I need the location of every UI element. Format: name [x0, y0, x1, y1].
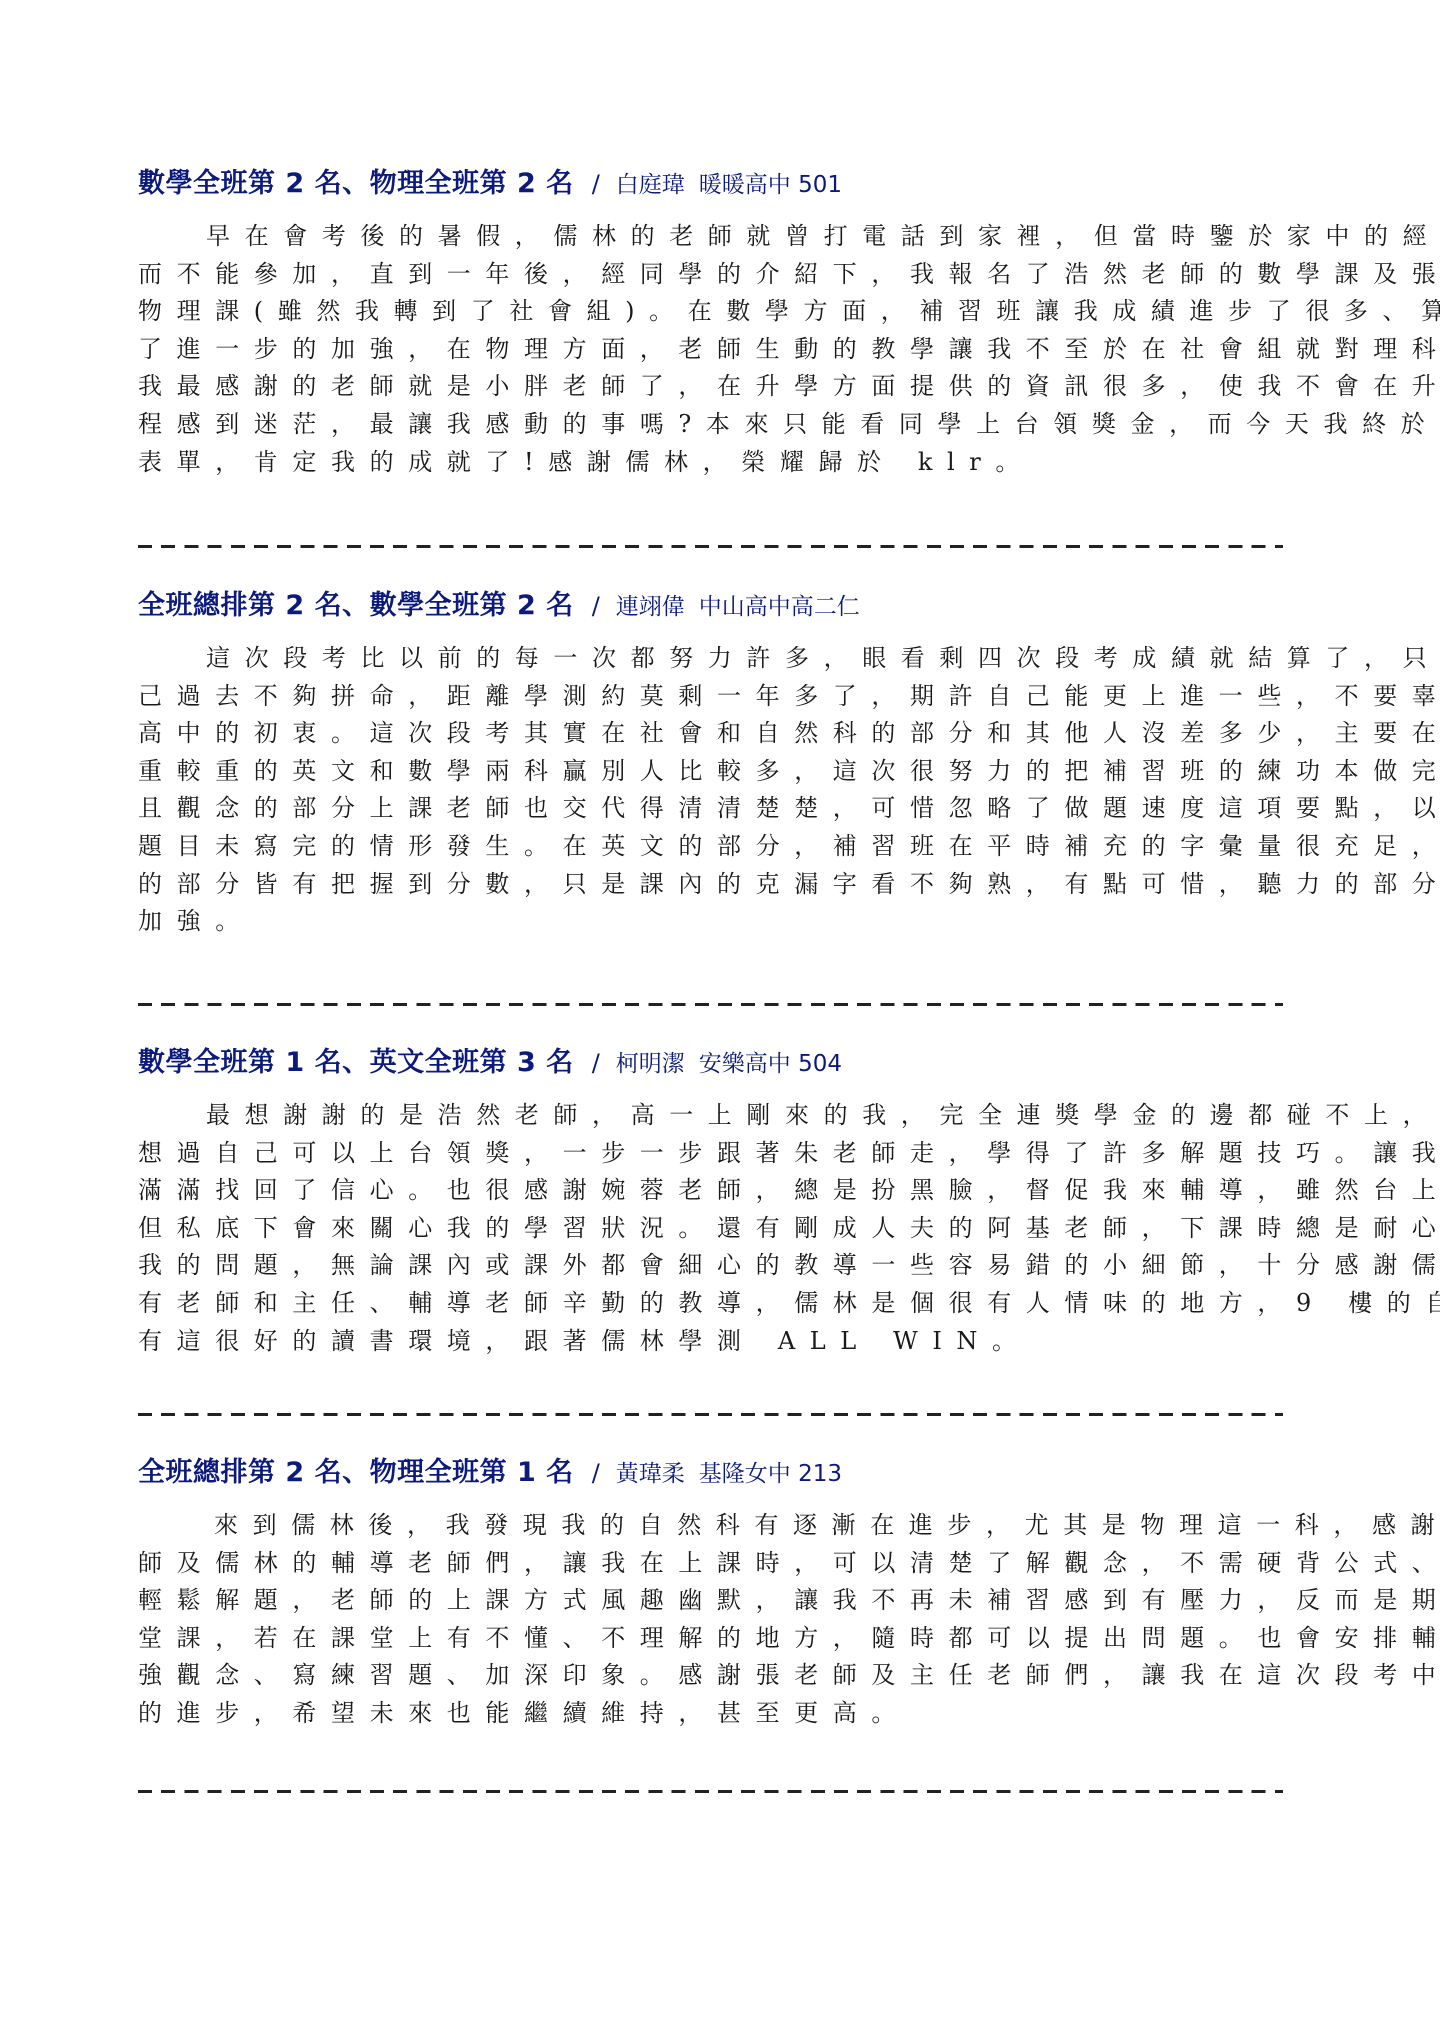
award-title: 數學全班第 2 名、物理全班第 2 名	[138, 168, 574, 199]
text-line: 題目未寫完的情形發生。在英文的部分，補習班在平時補充的字彙量很充足，在課外	[138, 828, 1308, 866]
text-line: 而不能參加，直到一年後，經同學的介紹下，我報名了浩然老師的數學課及張老師的	[138, 256, 1308, 294]
text-line: 有這很好的讀書環境，跟著儒林學測 ALL WIN。	[138, 1323, 1308, 1361]
text-line: 有老師和主任、輔導老師辛勤的教導，儒林是個很有人情味的地方，9 樓的自習教室	[138, 1285, 1308, 1323]
text-line: 的部分皆有把握到分數，只是課內的克漏字看不夠熟，有點可惜，聽力的部分也有待	[138, 866, 1308, 904]
text-line: 我的問題，無論課內或課外都會細心的教導一些容易錯的小細節，十分感謝儒林的所	[138, 1247, 1308, 1285]
student-school: 安樂高中 504	[699, 1051, 842, 1077]
text-line: 強觀念、寫練習題、加深印象。感謝張老師及主任老師們，讓我在這次段考中有大大	[138, 1657, 1308, 1695]
entry-heading: 數學全班第 2 名、物理全班第 2 名/白庭瑋暖暖高中 501	[138, 162, 1308, 206]
text-line: 師及儒林的輔導老師們，讓我在上課時，可以清楚了解觀念，不需硬背公式、也可以	[138, 1545, 1308, 1583]
student-name: 白庭瑋	[616, 172, 685, 198]
text-line: 表單，肯定我的成就了!感謝儒林，榮耀歸於 klr。	[138, 444, 1308, 482]
heading-separator: /	[592, 1459, 600, 1487]
entry-heading: 全班總排第 2 名、數學全班第 2 名/連翊偉中山高中高二仁	[138, 584, 1308, 628]
testimonial-text: 最想謝謝的是浩然老師，高一上剛來的我，完全連獎學金的邊都碰不上，壓根沒 想過自己…	[138, 1097, 1308, 1360]
document-page: 數學全班第 2 名、物理全班第 2 名/白庭瑋暖暖高中 501 早在會考後的暑假…	[0, 0, 1440, 2038]
entry-heading: 全班總排第 2 名、物理全班第 1 名/黃瑋柔基隆女中 213	[138, 1451, 1308, 1495]
text-line: 加強。	[138, 903, 1308, 941]
student-name: 柯明潔	[616, 1051, 685, 1077]
award-title: 全班總排第 2 名、數學全班第 2 名	[138, 590, 574, 621]
text-line: 物理課(雖然我轉到了社會組)。在數學方面，補習班讓我成績進步了很多、算法上有	[138, 293, 1308, 331]
student-school: 基隆女中 213	[699, 1461, 842, 1487]
text-line: 想過自己可以上台領獎，一步一步跟著朱老師走，學得了許多解題技巧。讓我對數學	[138, 1135, 1308, 1173]
student-name: 黃瑋柔	[616, 1461, 685, 1487]
text-line: 來到儒林後，我發現我的自然科有逐漸在進步，尤其是物理這一科，感謝景超老	[138, 1507, 1308, 1545]
award-title: 全班總排第 2 名、物理全班第 1 名	[138, 1457, 574, 1488]
testimonial-text: 這次段考比以前的每一次都努力許多，眼看剩四次段考成績就結算了，只能怪自 己過去不…	[138, 640, 1308, 941]
text-line: 我最感謝的老師就是小胖老師了，在升學方面提供的資訊很多，使我不會在升學的路	[138, 368, 1308, 406]
dashed-divider	[138, 545, 1283, 548]
text-line: 最想謝謝的是浩然老師，高一上剛來的我，完全連獎學金的邊都碰不上，壓根沒	[138, 1097, 1308, 1135]
dashed-divider	[138, 1413, 1283, 1416]
student-school: 暖暖高中 501	[699, 172, 842, 198]
text-line: 程感到迷茫，最讓我感動的事嗎?本來只能看同學上台領獎金，而今天我終於能填這份	[138, 406, 1308, 444]
award-title: 數學全班第 1 名、英文全班第 3 名	[138, 1047, 574, 1078]
testimonial-entry: 全班總排第 2 名、物理全班第 1 名/黃瑋柔基隆女中 213 來到儒林後，我發…	[138, 1451, 1308, 1733]
text-line: 了進一步的加強，在物理方面，老師生動的教學讓我不至於在社會組就對理科放棄。	[138, 331, 1308, 369]
testimonial-text: 早在會考後的暑假，儒林的老師就曾打電話到家裡，但當時鑒於家中的經濟狀況 而不能參…	[138, 218, 1308, 481]
text-line: 輕鬆解題，老師的上課方式風趣幽默，讓我不再未補習感到有壓力，反而是期待上這	[138, 1582, 1308, 1620]
testimonial-entry: 全班總排第 2 名、數學全班第 2 名/連翊偉中山高中高二仁 這次段考比以前的每…	[138, 584, 1308, 941]
student-school: 中山高中高二仁	[699, 594, 860, 620]
heading-separator: /	[592, 170, 600, 198]
dashed-divider	[138, 1790, 1283, 1793]
text-line: 堂課，若在課堂上有不懂、不理解的地方，隨時都可以提出問題。也會安排輔導，加	[138, 1620, 1308, 1658]
text-line: 且觀念的部分上課老師也交代得清清楚楚，可惜忽略了做題速度這項要點，以至於有	[138, 790, 1308, 828]
heading-separator: /	[592, 592, 600, 620]
heading-separator: /	[592, 1049, 600, 1077]
text-line: 滿滿找回了信心。也很感謝婉蓉老師，總是扮黑臉，督促我來輔導，雖然台上很兇，	[138, 1172, 1308, 1210]
text-line: 但私底下會來關心我的學習狀況。還有剛成人夫的阿基老師，下課時總是耐心的回答	[138, 1210, 1308, 1248]
testimonial-entry: 數學全班第 2 名、物理全班第 2 名/白庭瑋暖暖高中 501 早在會考後的暑假…	[138, 162, 1308, 481]
text-line: 的進步，希望未來也能繼續維持，甚至更高。	[138, 1695, 1308, 1733]
text-line: 重較重的英文和數學兩科贏別人比較多，這次很努力的把補習班的練功本做完了，而	[138, 753, 1308, 791]
text-line: 早在會考後的暑假，儒林的老師就曾打電話到家裡，但當時鑒於家中的經濟狀況	[138, 218, 1308, 256]
text-line: 這次段考比以前的每一次都努力許多，眼看剩四次段考成績就結算了，只能怪自	[138, 640, 1308, 678]
text-line: 己過去不夠拼命，距離學測約莫剩一年多了，期許自己能更上進一些，不要辜負了來	[138, 678, 1308, 716]
dashed-divider	[138, 1003, 1283, 1006]
student-name: 連翊偉	[616, 594, 685, 620]
testimonial-text: 來到儒林後，我發現我的自然科有逐漸在進步，尤其是物理這一科，感謝景超老 師及儒林…	[138, 1507, 1308, 1733]
entry-heading: 數學全班第 1 名、英文全班第 3 名/柯明潔安樂高中 504	[138, 1041, 1308, 1085]
text-line: 高中的初衷。這次段考其實在社會和自然科的部分和其他人沒差多少，主要在加權比	[138, 715, 1308, 753]
testimonial-entry: 數學全班第 1 名、英文全班第 3 名/柯明潔安樂高中 504 最想謝謝的是浩然…	[138, 1041, 1308, 1360]
